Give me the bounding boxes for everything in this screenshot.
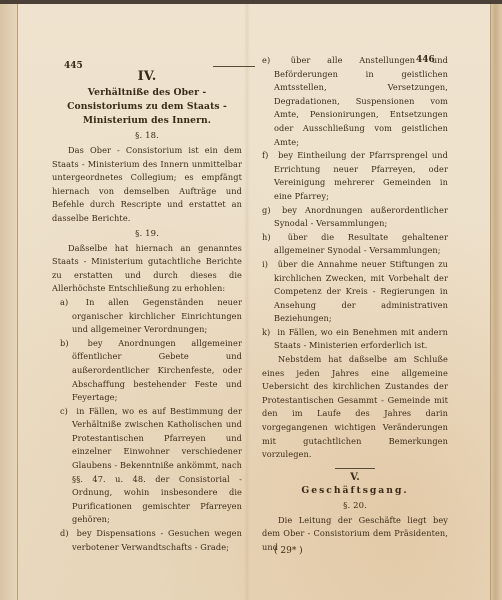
list-item-label: c): [60, 405, 72, 419]
chapter-number: V.: [262, 471, 448, 484]
list-item-label: i): [262, 258, 274, 272]
list-item-label: h): [262, 231, 274, 245]
list-item: i) über die Annahme neuer Stiftungen zu …: [262, 258, 448, 326]
list-item: e) über alle Anstellungen und Beförderun…: [262, 54, 448, 149]
list-item: k) in Fällen, wo ein Benehmen mit andern…: [262, 326, 448, 353]
list-item-text: über alle Anstellungen und Beförderungen…: [274, 55, 448, 147]
chapter-title: Geschäftsgang.: [262, 484, 448, 498]
list-item-text: bey Anordnungen außerordentlicher Synoda…: [274, 205, 448, 229]
list-item-text: bey Eintheilung der Pfarrsprengel und Er…: [274, 150, 448, 201]
list-item: h) über die Resultate gehaltener allgeme…: [262, 231, 448, 258]
section-divider: [335, 468, 375, 469]
list-item-label: g): [262, 204, 274, 218]
section-label: §. 19.: [52, 227, 242, 241]
list-item-label: a): [60, 296, 72, 310]
list-item-label: d): [60, 527, 72, 541]
list-item-text: über die Resultate gehaltener allgemeine…: [274, 232, 448, 256]
signature-mark: ( 29* ): [274, 546, 303, 556]
book-gutter: [244, 4, 250, 600]
list-item: g) bey Anordnungen außerordentlicher Syn…: [262, 204, 448, 231]
left-page-edge: [0, 4, 18, 600]
section-label: §. 18.: [52, 129, 242, 143]
left-page-column: IV. Verhältniße des Ober - Consistoriums…: [52, 54, 242, 554]
list-item-label: k): [262, 326, 274, 340]
list-item-text: bey Anordnungen allgemeiner öffentlicher…: [72, 338, 242, 402]
list-item-label: f): [262, 149, 274, 163]
list-item: d) bey Dispensations - Gesuchen wegen ve…: [60, 527, 242, 554]
list-item: c) in Fällen, wo es auf Bestimmung der V…: [60, 405, 242, 527]
paragraph: Das Ober - Consistorium ist ein dem Staa…: [52, 144, 242, 226]
paragraph: Daßselbe hat hiernach an genanntes Staat…: [52, 242, 242, 296]
section-label: §. 20.: [262, 499, 448, 513]
chapter-number: IV.: [52, 68, 242, 86]
list-item-text: in Fällen, wo es auf Bestimmung der Verh…: [72, 406, 242, 525]
chapter-title: Verhältniße des Ober - Consistoriums zu …: [52, 86, 242, 128]
list-item: b) bey Anordnungen allgemeiner öffentlic…: [60, 337, 242, 405]
list-item-text: bey Dispensations - Gesuchen wegen verbo…: [72, 528, 242, 552]
right-page-edge: [490, 4, 502, 600]
list-item-label: b): [60, 337, 72, 351]
list-item-text: über die Annahme neuer Stiftungen zu kir…: [274, 259, 448, 323]
list-item: a) In allen Gegenständen neuer organisch…: [60, 296, 242, 337]
list-item-label: e): [262, 54, 274, 68]
list-item: f) bey Eintheilung der Pfarrsprengel und…: [262, 149, 448, 203]
closing-paragraph: Nebstdem hat daßselbe am Schluße eines j…: [262, 353, 448, 462]
right-page-column: e) über alle Anstellungen und Beförderun…: [262, 54, 448, 555]
list-item-text: In allen Gegenständen neuer organischer …: [72, 297, 242, 334]
list-item-text: in Fällen, wo ein Benehmen mit andern St…: [274, 327, 448, 351]
